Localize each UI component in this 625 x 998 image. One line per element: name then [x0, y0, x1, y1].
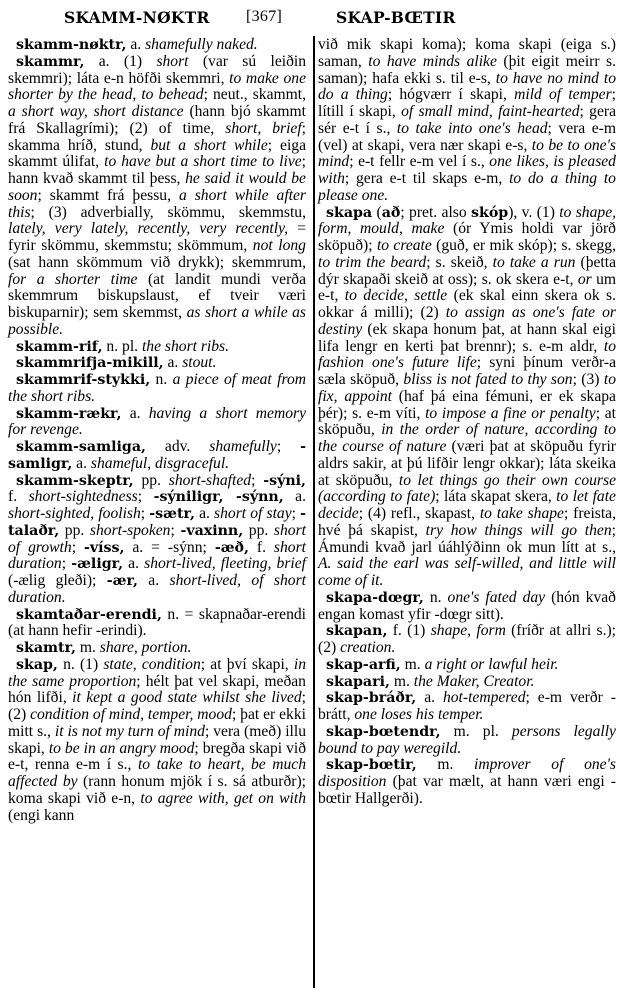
text: m.: [417, 756, 474, 773]
translation: stout.: [182, 354, 216, 371]
headword: skammr,: [16, 54, 84, 70]
translation: shamefully naked.: [145, 36, 258, 53]
text: a.: [164, 354, 183, 371]
text: a.: [284, 488, 306, 505]
headword: -sýniligr, -sýnn,: [154, 489, 284, 505]
text: ;: [277, 438, 300, 455]
text: m.: [76, 639, 100, 656]
translation: to create: [377, 237, 432, 254]
headword: skóp: [471, 205, 508, 221]
translation: creation.: [340, 639, 395, 656]
translation: mild of temper: [514, 86, 612, 103]
translation: short of stay: [214, 505, 292, 522]
headword: skammrifja-mikill,: [16, 355, 164, 371]
translation: or: [578, 271, 592, 288]
text: (sat hann skömmum við drykk); skemmrum,: [8, 254, 306, 271]
dictionary-entry: skap-bráðr, a. hot-tempered; e-m verðr -…: [318, 690, 616, 724]
translation: one's fated day: [448, 589, 546, 606]
headword: -sýni,: [263, 473, 306, 489]
translation: condition of mind, temper, mood: [30, 706, 232, 723]
translation: to have but a short time to live: [104, 153, 302, 170]
headword: -sætr,: [149, 506, 195, 522]
text: a. (1): [84, 53, 156, 70]
page-number: [367]: [246, 8, 282, 26]
translation: it is not my turn of mind: [55, 723, 205, 740]
text: a.: [195, 505, 214, 522]
translation: to decide, settle: [345, 287, 447, 304]
headword: -æð,: [215, 540, 249, 556]
text: pp.: [59, 522, 90, 539]
translation: it kept a good state whilst she lived: [72, 689, 302, 706]
text: f. (1): [387, 622, 430, 639]
text: f.: [249, 539, 274, 556]
translation: short-shafted: [169, 472, 251, 489]
headword: skamtaðar-erendi,: [16, 607, 162, 623]
translation: of small mind, faint-hearted: [401, 103, 579, 120]
text: ;: [251, 472, 263, 489]
text: ; (4) refl., skapast,: [359, 505, 480, 522]
dictionary-entry: skap-bœtendr, m. pl. persons legally bou…: [318, 724, 616, 758]
left-guide-word: SKAMM-NØKTR: [64, 8, 210, 27]
dictionary-entry: skammr, a. (1) short (var sú leiðin skem…: [8, 54, 306, 339]
translation: lately, very lately, recently, very rece…: [8, 220, 288, 237]
text: ; e-t fellr e-m vel í s.,: [349, 153, 489, 170]
text: f.: [8, 488, 29, 505]
translation: the Maker, Creator.: [414, 673, 535, 690]
translation: short, brief: [225, 120, 301, 137]
translation: short-lived, fleeting, brief: [144, 555, 306, 572]
text: ; gera e-t til skaps e-m,: [345, 170, 509, 187]
translation: short-sighted, foolish: [8, 505, 141, 522]
text: a.: [416, 689, 443, 706]
text: m.: [390, 673, 414, 690]
text: ;: [292, 505, 300, 522]
headword: skapari,: [326, 674, 390, 690]
text: pp.: [243, 522, 274, 539]
translation: A. said the earl was self-willed, and li…: [318, 555, 616, 589]
headword: skapan,: [326, 623, 387, 639]
headword: skap,: [16, 657, 58, 673]
translation: share, portion.: [100, 639, 192, 656]
text: m. pl.: [441, 723, 512, 740]
text: n.: [150, 371, 172, 388]
text: adv.: [146, 438, 209, 455]
text: (engi kann: [8, 807, 74, 824]
headword: að: [382, 205, 401, 221]
translation: to agree with, get on with: [140, 790, 306, 807]
translation: short: [156, 53, 188, 70]
translation: bliss is not fated to thy son: [403, 371, 572, 388]
text: a.: [138, 572, 170, 589]
translation: to take into one's head: [397, 120, 548, 137]
text: ;: [72, 539, 84, 556]
headword: skammrif-stykki,: [16, 372, 150, 388]
translation: hot-tempered: [443, 689, 526, 706]
text: (-ælig gleði);: [8, 572, 107, 589]
text: ), v. (1): [508, 204, 559, 221]
dictionary-entry: skap, n. (1) state, condition; at því sk…: [8, 657, 306, 825]
headword: skap-bráðr,: [326, 690, 416, 706]
dictionary-entry: skapa-dœgr, n. one's fated day (hón kvað…: [318, 590, 616, 624]
right-column: við mik skapi koma); koma skapi (eiga s.…: [318, 37, 616, 808]
headword: skamtr,: [16, 640, 76, 656]
dictionary-entry: skamm-nøktr, a. shamefully naked.: [8, 37, 306, 54]
translation: to take a run: [493, 254, 576, 271]
text: a.: [72, 455, 91, 472]
entry-continuation: við mik skapi koma); koma skapi (eiga s.…: [318, 37, 616, 205]
translation: for a shorter time: [8, 271, 137, 288]
text: ; láta skapat skera,: [435, 488, 556, 505]
translation: to trim the beard: [318, 254, 426, 271]
headword: skapa: [326, 205, 372, 221]
dictionary-entry: skamtaðar-erendi, n. = skapnaðar-erendi …: [8, 607, 306, 641]
text: ; pret. also: [400, 204, 471, 221]
text: a.: [123, 555, 144, 572]
headword: skamm-skeptr,: [16, 473, 134, 489]
headword: skapa-dœgr,: [326, 590, 424, 606]
text: (guð, er mik skóp); s. skegg,: [432, 237, 616, 254]
dictionary-entry: skammrifja-mikill, a. stout.: [8, 355, 306, 372]
text: m.: [401, 656, 425, 673]
translation: a right or lawful heir.: [425, 656, 559, 673]
text: ; at því skapi,: [201, 656, 294, 673]
text: a. = -sýnn;: [124, 539, 214, 556]
translation: one loses his temper.: [354, 706, 483, 723]
translation: shameful, disgraceful.: [91, 455, 229, 472]
translation: to impose a fine or penalty: [425, 405, 596, 422]
dictionary-entry: skamm-rif, n. pl. the short ribs.: [8, 339, 306, 356]
translation: to take shape: [480, 505, 564, 522]
headword: -æligr,: [71, 556, 123, 572]
translation: shamefully: [209, 438, 277, 455]
translation: the short ribs.: [142, 338, 229, 355]
text: ;: [141, 505, 149, 522]
translation: not long: [253, 237, 306, 254]
text: pp.: [134, 472, 169, 489]
dictionary-entry: skapan, f. (1) shape, form (fríðr at all…: [318, 623, 616, 657]
translation: state, condition: [103, 656, 200, 673]
text: n. pl.: [103, 338, 142, 355]
text: ; neut., skammt,: [204, 86, 306, 103]
text: ; (3) adverbially, skömmu, skemmstu,: [31, 204, 306, 221]
translation: to be in an angry mood: [49, 740, 195, 757]
dictionary-entry: skamtr, m. share, portion.: [8, 640, 306, 657]
headword: skamm-rækr,: [16, 406, 121, 422]
right-guide-word: SKAP-BŒTIR: [336, 8, 456, 27]
translation: but a short while: [150, 137, 267, 154]
headword: skamm-rif,: [16, 339, 103, 355]
headword: skap-bœtendr,: [326, 724, 441, 740]
text: a.: [126, 36, 145, 53]
dictionary-entry: skamm-rækr, a. having a short memory for…: [8, 406, 306, 440]
headword: -víss,: [84, 540, 124, 556]
text: n. (1): [58, 656, 103, 673]
translation: a short way, short distance: [8, 103, 184, 120]
headword: skamm-nøktr,: [16, 37, 126, 53]
text: ; skammt frá þessu,: [37, 187, 178, 204]
text: (: [372, 204, 382, 221]
headword: skamm-samliga,: [16, 439, 146, 455]
headword: -vaxinn,: [180, 523, 243, 539]
text: (ek skapa honum þat, at hann skal eigi l…: [318, 321, 616, 355]
translation: try how things will go then: [426, 522, 612, 539]
dictionary-entry: skap-bœtir, m. improver of one's disposi…: [318, 757, 616, 807]
column-divider: [313, 36, 315, 988]
text: ;: [138, 488, 154, 505]
translation: short-spoken: [90, 522, 171, 539]
text: ; s. skeið,: [426, 254, 492, 271]
headword: skap-bœtir,: [326, 757, 417, 773]
dictionary-entry: skapari, m. the Maker, Creator.: [318, 674, 616, 691]
text: ; hógværr í skapi,: [388, 86, 514, 103]
translation: shape, form: [431, 622, 506, 639]
headword: -ær,: [107, 573, 138, 589]
translation: to have minds alike: [368, 53, 497, 70]
text: n.: [424, 589, 448, 606]
headword: skap-arfi,: [326, 657, 401, 673]
dictionary-entry: skap-arfi, m. a right or lawful heir.: [318, 657, 616, 674]
translation: short-sightedness: [29, 488, 138, 505]
dictionary-entry: skammrif-stykki, n. a piece of meat from…: [8, 372, 306, 406]
text: ;: [62, 555, 71, 572]
dictionary-entry: skamm-samliga, adv. shamefully; -samligr…: [8, 439, 306, 473]
text: ; (3): [573, 371, 604, 388]
text: a.: [121, 405, 148, 422]
dictionary-entry: skamm-skeptr, pp. short-shafted; -sýni, …: [8, 473, 306, 607]
dictionary-entry: skapa (að; pret. also skóp), v. (1) to s…: [318, 205, 616, 590]
running-header: SKAMM-NØKTR [367] SKAP-BŒTIR: [0, 8, 625, 32]
text: ;: [170, 522, 180, 539]
left-column: skamm-nøktr, a. shamefully naked.skammr,…: [8, 37, 306, 824]
